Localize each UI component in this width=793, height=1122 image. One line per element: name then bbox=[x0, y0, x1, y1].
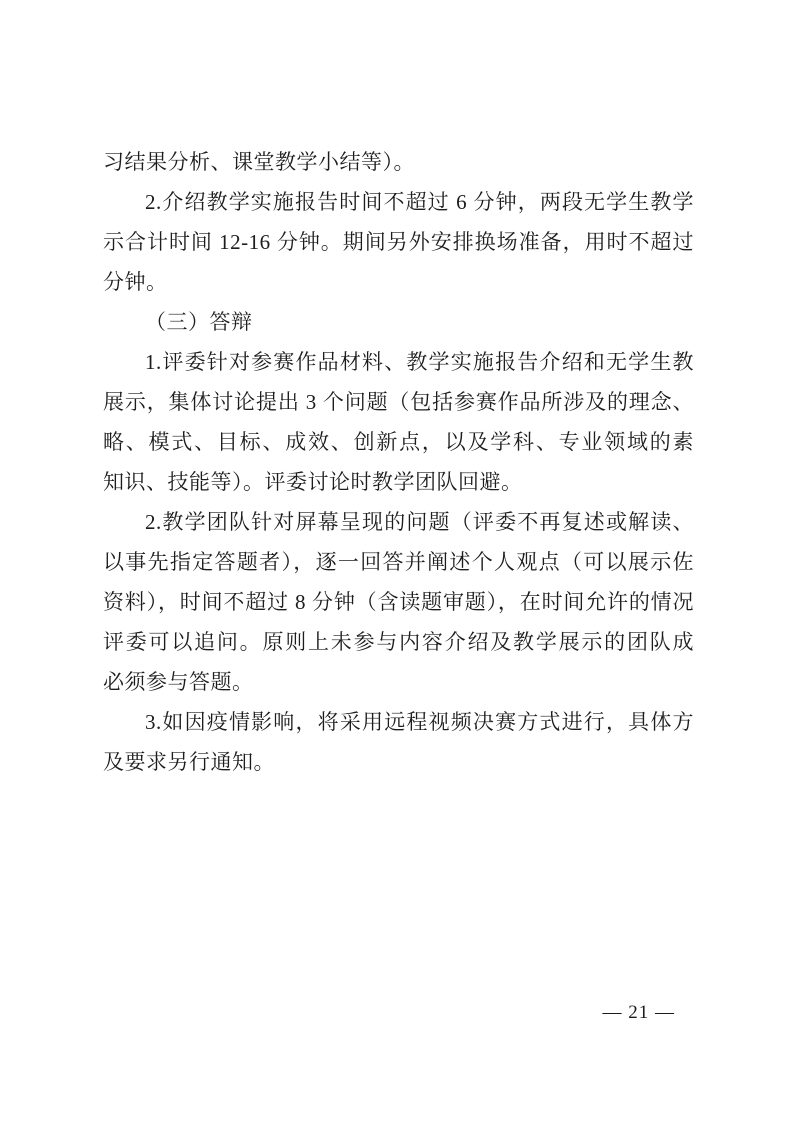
section-heading: （三）答辩 bbox=[103, 302, 694, 342]
text-line: 2.介绍教学实施报告时间不超过 6 分钟，两段无学生教学展 bbox=[103, 182, 694, 222]
text-line: 习结果分析、课堂教学小结等）。 bbox=[103, 142, 694, 182]
text-line: 以事先指定答题者），逐一回答并阐述个人观点（可以展示佐证 bbox=[103, 542, 694, 582]
document-text-block: 习结果分析、课堂教学小结等）。 2.介绍教学实施报告时间不超过 6 分钟，两段无… bbox=[103, 142, 694, 782]
text-line: 展示，集体讨论提出 3 个问题（包括参赛作品所涉及的理念、策 bbox=[103, 382, 694, 422]
page-number: — 21 — bbox=[603, 1001, 676, 1025]
text-line: 分钟。 bbox=[103, 262, 694, 302]
document-page: 习结果分析、课堂教学小结等）。 2.介绍教学实施报告时间不超过 6 分钟，两段无… bbox=[0, 0, 793, 1122]
text-line: 知识、技能等）。评委讨论时教学团队回避。 bbox=[103, 462, 694, 502]
text-line: 略、模式、目标、成效、创新点，以及学科、专业领域的素质、 bbox=[103, 422, 694, 462]
text-line: 1.评委针对参赛作品材料、教学实施报告介绍和无学生教学 bbox=[103, 342, 694, 382]
text-line: 资料），时间不超过 8 分钟（含读题审题），在时间允许的情况下， bbox=[103, 582, 694, 622]
text-line: 2.教学团队针对屏幕呈现的问题（评委不再复述或解读、可 bbox=[103, 502, 694, 542]
text-line: 3.如因疫情影响，将采用远程视频决赛方式进行，具体方式 bbox=[103, 702, 694, 742]
text-line: 示合计时间 12-16 分钟。期间另外安排换场准备，用时不超过 5 bbox=[103, 222, 694, 262]
text-line: 及要求另行通知。 bbox=[103, 742, 694, 782]
text-line: 评委可以追问。原则上未参与内容介绍及教学展示的团队成员， bbox=[103, 622, 694, 662]
text-line: 必须参与答题。 bbox=[103, 662, 694, 702]
